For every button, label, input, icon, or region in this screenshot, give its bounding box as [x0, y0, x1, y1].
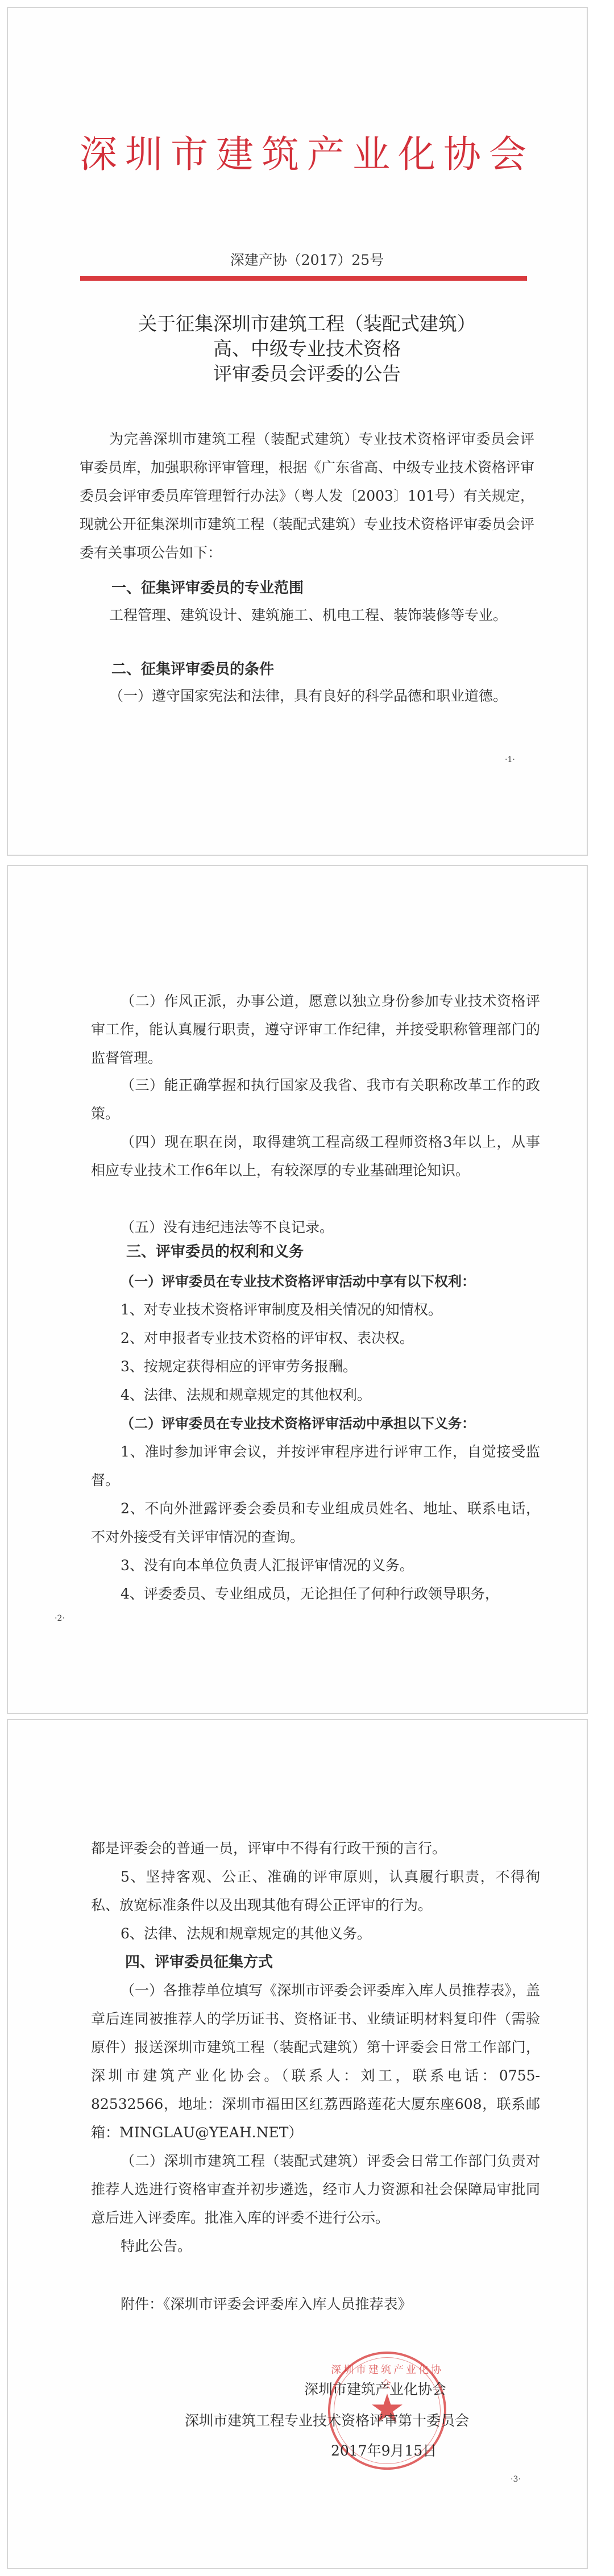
document-number: 深建产协（2017）25号	[0, 249, 614, 269]
section-4-heading: 四、评审委员征集方式	[125, 1950, 273, 1971]
signature-org-2: 深圳市建筑工程专业技术资格评审第十委员会	[185, 2409, 469, 2430]
right-item-2: 2、对申报者专业技术资格的评审权、表决权。	[91, 1324, 540, 1352]
method-2: （二）深圳市建筑工程（装配式建筑）评委会日常工作部门负责对推荐人选进行资格审查并…	[91, 2147, 540, 2232]
section-3-heading: 三、评审委员的权利和义务	[126, 1240, 304, 1261]
page-number-3: ·3·	[511, 2475, 521, 2484]
condition-4: （四）现在职在岗，取得建筑工程高级工程师资格3年以上，从事相应专业技术工作6年以…	[91, 1128, 540, 1185]
organization-header: 深圳市建筑产业化协会	[0, 124, 614, 178]
condition-3: （三）能正确掌握和执行国家及我省、我市有关职称改革工作的政策。	[91, 1071, 540, 1128]
duty-item-6: 6、法律、法规和规章规定的其他义务。	[91, 1920, 540, 1948]
duties-heading: （二）评审委员在专业技术资格评审活动中承担以下义务：	[91, 1409, 540, 1438]
right-item-4: 4、法律、法规和规章规定的其他权利。	[91, 1381, 540, 1409]
closing-statement: 特此公告。	[91, 2232, 540, 2261]
section-1-body: 工程管理、建筑设计、建筑施工、机电工程、装饰装修等专业。	[80, 601, 534, 630]
duty-4-continued: 都是评委会的普通一员，评审中不得有行政干预的言行。	[91, 1834, 540, 1863]
right-item-3: 3、按规定获得相应的评审劳务报酬。	[91, 1352, 540, 1381]
notice-title: 关于征集深圳市建筑工程（装配式建筑） 高、中级专业技术资格 评审委员会评委的公告	[0, 311, 614, 386]
signature-org-1: 深圳市建筑产业化协会	[304, 2378, 446, 2399]
duty-item-2: 2、不向外泄露评委会委员和专业组成员姓名、地址、联系电话，不对外接受有关评审情况…	[91, 1495, 540, 1551]
duty-item-1: 1、准时参加评审会议，并按评审程序进行评审工作，自觉接受监督。	[91, 1438, 540, 1495]
condition-1: （一）遵守国家宪法和法律，具有良好的科学品德和职业道德。	[80, 682, 534, 710]
page-number-2: ·2·	[55, 1614, 65, 1623]
duty-item-3: 3、没有向本单位负责人汇报评审情况的义务。	[91, 1551, 540, 1580]
attachment-reference: 附件：《深圳市评委会评委库入库人员推荐表》	[91, 2290, 540, 2319]
section-2-heading: 二、征集评审委员的条件	[111, 657, 274, 679]
notice-title-line-3: 评审委员会评委的公告	[0, 361, 614, 386]
condition-5: （五）没有违纪违法等不良记录。	[91, 1213, 540, 1242]
method-1: （一）各推荐单位填写《深圳市评委会评委库入库人员推荐表》，盖章后连同被推荐人的学…	[91, 1976, 540, 2147]
duty-item-4: 4、评委委员、专业组成员，无论担任了何种行政领导职务，	[91, 1580, 540, 1608]
rights-heading: （一）评审委员在专业技术资格评审活动中享有以下权利：	[91, 1267, 540, 1296]
section-1-heading: 一、征集评审委员的专业范围	[111, 576, 304, 597]
page-number-1: ·1·	[505, 755, 515, 764]
intro-paragraph: 为完善深圳市建筑工程（装配式建筑）专业技术资格评审委员会评审委员库，加强职称评审…	[80, 425, 534, 567]
duty-item-5: 5、坚持客观、公正、准确的评审原则，认真履行职责，不得徇私、放宽标准条件以及出现…	[91, 1863, 540, 1920]
notice-title-line-1: 关于征集深圳市建筑工程（装配式建筑）	[0, 311, 614, 336]
condition-2: （二）作风正派，办事公道，愿意以独立身份参加专业技术资格评审工作，能认真履行职责…	[91, 987, 540, 1072]
red-divider-rule	[80, 276, 527, 281]
right-item-1: 1、对专业技术资格评审制度及相关情况的知情权。	[91, 1296, 540, 1324]
notice-title-line-2: 高、中级专业技术资格	[0, 336, 614, 361]
signature-date: 2017年9月15日	[331, 2440, 437, 2460]
